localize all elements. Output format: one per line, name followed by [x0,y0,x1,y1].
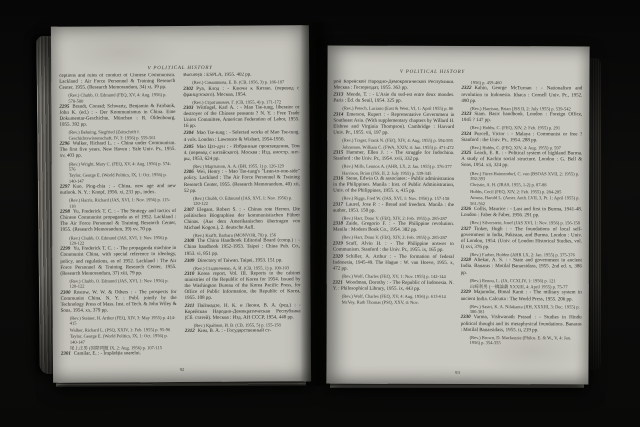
review-citation-line: 山崎利男 (一橋論叢 XXXIII, 4: April 1955) p. 75-… [461,284,582,290]
review-citation-line: (Rev.) Steiner, H. Arthur (FEQ, XIV, 3: … [61,315,177,327]
bib-entry-number: 2324 [461,132,474,137]
bib-entry: 2312Ким, В. А. : - Государственный ст- [185,329,301,336]
page-number: 92 [53,366,311,373]
bib-entry: 2314Emerson, Rupert : - Representative G… [333,112,454,137]
bib-entry: 2328Altekar, A. S. : - State and governm… [461,258,582,277]
review-citation-line: (Rev.) Petech, Luciano (East & West, VI,… [333,106,454,112]
review-citation-line: McVey, Ruth Thomas (PSQ, XXV, 4: Nov. [333,300,454,306]
bib-entry: 2311Пайзиадзе, Н. К. и Леони, В. А. (ред… [185,303,301,322]
bibliography-column: 1956) p. 459-4602322Kahin, George McTurn… [461,80,583,354]
scanned-book-photo: V POLITICAL HISTORY ceptions and rules o… [0,0,640,427]
review-citation-line: 1956) p. 459-460 [461,80,582,86]
review-citation-line: (Rev.) Renou, L. (JA, CCXLIV, 1: 1956) p… [461,278,582,284]
review-citation-line: (Rev.) Симашкова, Е. В. (СВ, 1956, 3) p.… [183,79,299,85]
review-citation-line: (Rev.) Furber, Holden (AHR LX, 2: Jan. 1… [461,252,582,258]
bib-entry-number: 2325 [461,151,474,156]
bib-entry-number: 2307 [184,207,197,212]
review-citation-line: Christie, A. H. (JRAS, 1955, 1-2) p. 87-… [461,182,582,188]
bib-entry: 2325Leach, E. R. : - Political system of… [461,151,582,170]
bib-entry-number: 2311 [185,303,198,308]
bib-entry-number: 2302 [183,86,196,91]
bib-entry: 2300Rostow, W. W. & Others : - The prosp… [61,290,177,315]
bib-entry: 2301Camilar, E. : - Împărăția soarelui. [61,351,177,355]
bib-entry: 2304Mao Tse-tung : - Selected works of M… [184,131,300,144]
bib-entry: 2330Varma, Vishwanath Prasad : - Studies… [461,315,582,334]
review-citation-line: (Rev.) Chubb, O. Edmund (JAS, XVI, 1: No… [60,235,176,247]
running-head: V POLITICAL HISTORY [301,69,563,75]
review-citation-line: (Rev.) Wolf, Charles (FEQ, XV, 4: Aug. 1… [333,293,454,299]
bib-entry-number: 2315 [333,151,346,156]
bib-entry-number: 2308 [184,239,197,244]
bib-entry: 2297Kuo, Ping-chia : - China, new age an… [60,184,176,197]
bib-entry-number: 2301 [61,352,74,356]
bib-entry: 2326Collis, Maurice : - Last and first i… [461,207,582,220]
review-citation-line: (Rev.) Chubb, O. Edmund (JAS, XVI, 1: No… [60,278,176,290]
bib-entry: 2329Majumdar, Bimal Kanti : - The milita… [461,290,582,303]
review-citation-line: (Rev.) Sastri, K. A. Nilakanta (JIH, XXX… [461,304,582,315]
bib-entry: 2306Wei, Henry : - Mao Tse-tung's "Lean-… [184,170,300,195]
bib-entry-number: 2319 [333,241,346,246]
bib-entry-number: 2327 [461,227,474,232]
review-citation-line: (Rev.) Мартынов, А. А. (ВИ, 1955, 1) p. … [184,163,300,169]
bib-entry: ceptions and rules of conduct of Chinese… [59,73,175,92]
bib-entry: 2321Woodman, Dorothy : - The Republic of… [333,280,454,293]
bib-entry-number: 2314 [333,112,346,117]
review-citation-line: Hobbs, Cecil (FEQ, XIV, 2: Feb. 1955) p.… [461,189,582,195]
review-citation-line: (Rev.) Mills, Lennox A. (AHR, LX, 2: Jan… [333,164,454,170]
review-citation-line: (Rev.) Стратанович, Г. (СВ, 1955, 4) p. … [183,99,299,105]
bib-entry: 2299Yu, Frederick T. C. : - The propagan… [60,246,176,277]
bib-entry-number: 2330 [461,315,474,320]
review-citation-line: (Rev.) Крайнов, И. В. (СВ, 1955, 5) p. 1… [185,322,301,328]
review-citation-line: (Rev.) Wright, Mary C. (FEQ, XV, 4: Aug.… [60,161,176,173]
bib-entry-number: 2312 [185,329,198,334]
bib-entry: 2305Мао Цзэ-дун : - Избранные произведен… [184,144,300,163]
review-citation-line: (Rev.) Trager, Frank N. (FEQ, XIV, 4: Au… [333,138,454,144]
bib-entry-number: 2322 [461,86,474,91]
review-citation-line: (Rev.) Wolf, Charles (FEQ, XV, 1: Nov. 1… [333,274,454,280]
bib-entry: 2309Directory of Taiwan. Taipei, 1953. 1… [184,258,300,265]
bib-entry-number: 2298 [60,210,73,215]
bib-entry-number: 2295 [59,105,72,110]
bib-entry-number: 2297 [60,185,73,190]
bib-entry-number: 2296 [60,142,73,147]
review-citation-line: (Rev.) Chubb, O. Edmund (JAS, XVI, 1: No… [184,195,300,207]
review-citation-line: (Rev.) Behning, Siegfried (Zeitschrift f… [60,130,176,142]
bib-entry-number: 2304 [184,131,197,136]
bib-entry: 2308The China Handbook Editorial Board (… [184,239,300,258]
bib-entry: 2307Elegant, Robert S. : - Chinas rote H… [184,207,300,232]
review-citation-line: (Rev.) Harris, Richard (JAS, XVI, 1: Nov… [60,197,176,209]
bib-entry: 2303Wittfogel, Karl A. : - Mao Tse-tung,… [183,105,299,130]
bib-entry-number: 2326 [461,207,474,212]
bib-entry: 2317Laurel, Jose P. : - Bread and freedo… [333,202,454,215]
bib-entry-number: 2300 [61,290,74,295]
bib-entry-number: 2318 [333,222,346,227]
review-citation-line: (Rev.) Fürer-Haimendorf, C. von (BSOAS X… [461,171,582,182]
bib-entry: рой Корейской Народно-Демократической Ре… [333,80,454,93]
review-citation-line: Walker, Richard L. (PSQ, XXIV, 1: Feb. 1… [61,327,177,333]
review-citation-line: (Rev.) Hart, Donn V. (FEQ, XIV, 2: Feb. … [333,215,454,221]
bib-entry-number: 2303 [183,106,196,111]
bib-entry-number: 2310 [184,272,197,277]
review-citation-line: Taylor, George E. (World Politics, IX, 1… [60,172,176,184]
bib-entry-number: 2306 [184,170,197,175]
review-citation-line: (Rev.) Krafft, Barbara (MONVOR, 78) p. 1… [184,232,300,238]
bib-entry-number: 2317 [333,202,346,207]
bib-entry: 2318Zaide, Gregorio F. : - The Philippin… [333,222,454,235]
bib-entry: 2319Scaff, Alvin H. : - The Philippine a… [333,241,454,254]
bib-entry: 2320Schiller, A. Arthur : - The formatio… [333,255,454,274]
review-citation-line: (Rev.) Hobbs, C. (FEQ, XIV, 2: Feb. 1955… [461,125,582,131]
bib-entry: 2315Hammer, Ellen J. : - The struggle fo… [333,151,454,164]
page-number: 93 [326,370,588,376]
bibliography-column: рой Корейской Народно-Демократической Ре… [333,80,455,354]
review-citation-line: (Rev.) Harrison, Brian (JSS II, 2: July … [461,106,582,112]
bib-entry-number: 2323 [461,112,474,117]
review-citation-line: (Rev.) Brown, D. Mackenzie (Philos. E. &… [461,335,582,346]
review-citation-line: (Rev.) Hobbs, C. (FEQ, XIV, 4: Aug. 1955… [461,145,582,151]
bib-entry-number: 2328 [461,258,474,263]
bib-entry: 2313Mende, T. : - L'Asie du sud-est entr… [333,93,454,106]
bib-entry: 2310Korea report, Vol. III. Reports to t… [184,271,300,302]
bib-entry-number: 2316 [333,177,346,182]
review-citation-line: (Rev.) Silverstein, Josef (JAS XVI, 1: N… [461,220,582,226]
running-head: V POLITICAL HISTORY [51,65,309,72]
bibliography-column: București : ESPLA, 1955. 402 pp.(Rev.) С… [183,72,301,355]
bib-entry-number: 2305 [184,145,197,150]
page-verso-92: V POLITICAL HISTORY ceptions and rules o… [51,25,311,383]
bib-entry: 2323Siam. Basic handbook. London : Forei… [461,112,582,125]
bib-entry-number: 2309 [184,258,197,263]
bib-entry-number: 2313 [333,93,346,98]
bib-entry: 2296Walker, Richard L. : - China under C… [60,141,176,160]
bib-entry: 2324Purcell, Victor : - Malaya : Communi… [461,132,582,145]
bib-entry: București : ESPLA, 1955. 402 pp. [183,72,299,79]
bib-entry-number: 2321 [333,280,346,285]
bib-entry: 2327Tinker, Hugh : - The foundations of … [461,227,582,252]
review-citation-line: Amoss, Harold L. (Amer. Anth. LVII, 3, P… [461,195,582,206]
review-citation-line: (Rev.) Hart, Donn V. (FEQ, XIV, 2: Feb. … [333,235,454,241]
bib-entry: 2322Kahin, George McTurnan : - Nationali… [461,86,582,105]
review-citation-line: Taylor, George E. (World Politics, IX, 1… [61,333,177,345]
review-citation-line: (Rev.) Chubb, O. Edmund (FEQ, XV, 4: Aug… [59,92,175,104]
bib-entry-number: 2299 [60,247,73,252]
review-citation-line: Johnstone, William C. (FWA, XXIV, 4: Jun… [333,144,454,150]
bib-entry-number: 2329 [461,290,474,295]
bib-entry: 2295Brandt, Conrad; Schwartz, Benjamin &… [59,104,175,129]
bibliography-column: ceptions and rules of conduct of Chinese… [59,73,177,356]
review-citation-line: Harrison, Brian (JSS, II, 2: July 1955) … [333,170,454,176]
review-citation-line: (Rev.) Riggs, Fred W. (JAS, XVI, 1: Nov.… [333,196,454,202]
page-recto-93: V POLITICAL HISTORY рой Корейской Народн… [326,46,589,385]
review-citation-line: (Rev.) Стадниченко, А. И. (СВ, 1955, 1) … [184,265,300,271]
bib-entry: 2298Yu, Frederick T. C. : - The Strategy… [60,209,176,234]
review-citation-line: 尾上正男 (国際問題 IX, 2: Aug. 1956) p. 107-115 [61,345,177,351]
bib-entry: 2316Stene, Edwin O. & associates: - Publ… [333,177,454,196]
bib-entry: 2302Руа, Клод : - Ключи к Китаю. (перево… [183,86,299,99]
bib-entry-number: 2320 [333,255,346,260]
page-edge-stack-right [588,58,601,370]
